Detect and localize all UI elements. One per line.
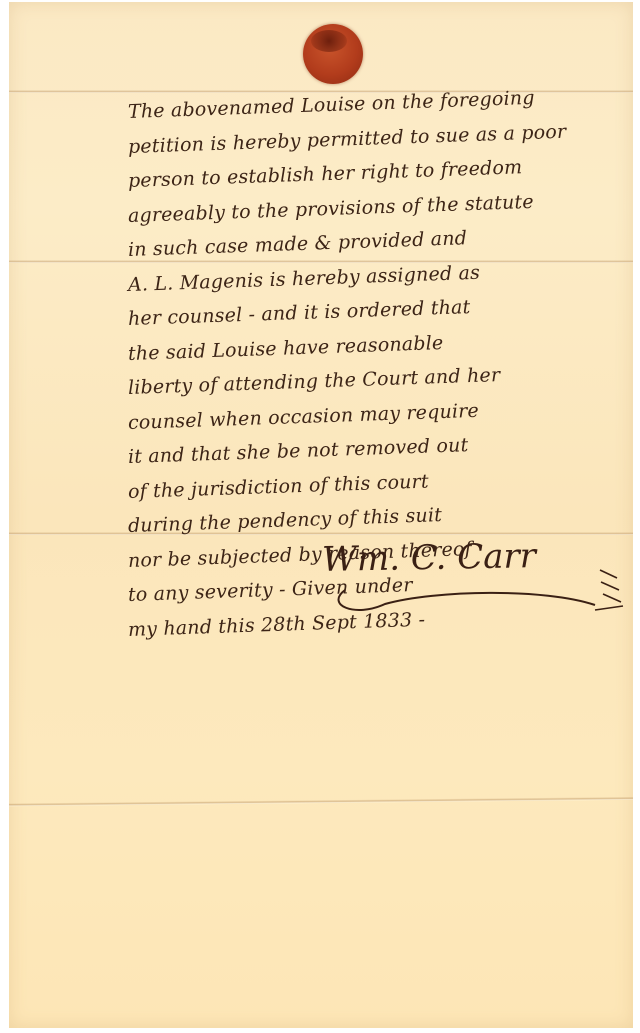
paper-fold — [9, 797, 633, 807]
signature-flourish-icon — [325, 560, 625, 620]
wax-seal-icon — [303, 24, 363, 84]
